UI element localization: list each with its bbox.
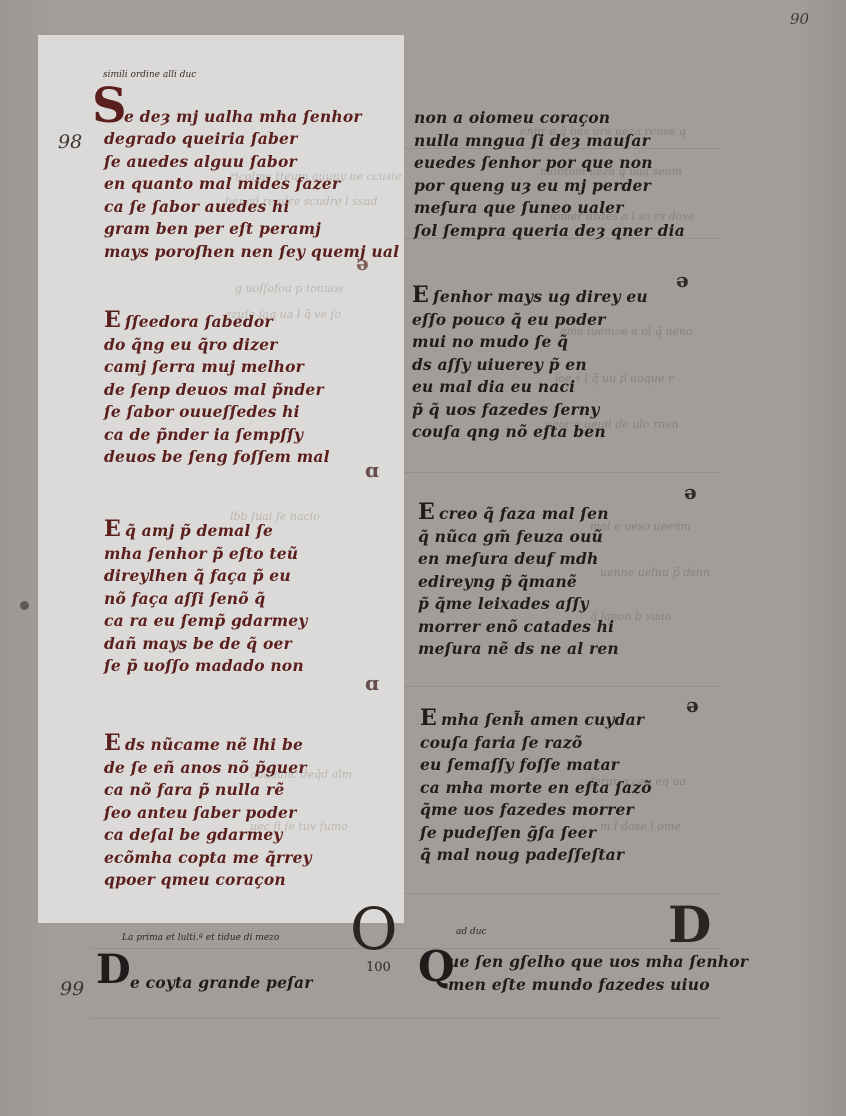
show-through-text: g uoſſofou p tonuos bbox=[235, 282, 343, 295]
rubric-bottom-left: La prima et lulti.ª et tidue di mezo bbox=[122, 933, 279, 943]
left-stanza-1: e deȝ mj ualha mha ſenhor bbox=[124, 106, 362, 129]
verse-line: mays poroſhen nen ſey quemj ual bbox=[104, 241, 399, 264]
verse-line: ſe p̃ uoſſo madado non bbox=[104, 655, 308, 678]
guide-letter-e: ɑ bbox=[365, 671, 379, 695]
verse-line: ſeo anteu ſaber poder bbox=[104, 802, 312, 825]
verse-line: ecõmha copta me q̃rrey bbox=[104, 847, 312, 870]
verse-line: Emha ſenh̃ amen cuydar bbox=[420, 709, 652, 732]
verse-line: de ſenp deuos mal p̃nder bbox=[104, 379, 330, 402]
verse-text: ſenhor mays ug direy eu bbox=[433, 287, 648, 306]
margin-number-98: 98 bbox=[58, 131, 82, 153]
left-stanza-3: Eq̃ amj p̃ demal ſe mha ſenhor p̃ eſto t… bbox=[104, 520, 308, 678]
verse-line: en quanto mal mides fazer bbox=[104, 173, 399, 196]
verse-line: direylhen q̃ faça p̃ eu bbox=[104, 565, 308, 588]
guide-initial-outline-d: D bbox=[668, 900, 711, 950]
verse-line: Eſſeedora ſabedor bbox=[104, 311, 330, 334]
verse-line: meſura que ſuneo ualer bbox=[414, 197, 685, 220]
verse-text: mha ſenh̃ amen cuydar bbox=[441, 710, 644, 729]
margin-number-99: 99 bbox=[60, 978, 84, 1000]
verse-line: ca ra eu ſemp̃ gdarmey bbox=[104, 610, 308, 633]
stanza-initial: E bbox=[104, 520, 121, 538]
verse-line: eu ſemaſſy foſſe matar bbox=[420, 754, 652, 777]
verse-line: Eq̃ amj p̃ demal ſe bbox=[104, 520, 308, 543]
verse-line: p̃ q̃me leixades aſſy bbox=[418, 593, 619, 616]
verse-line: por queng uȝ eu mj perder bbox=[414, 175, 685, 198]
verse-line: couſa faria ſe razõ bbox=[420, 732, 652, 755]
verse-line: mui no mudo ſe q̃ bbox=[412, 331, 648, 354]
poem-99-first-line: e coyta grande peſar bbox=[130, 972, 313, 995]
verse-line: ca nõ fara p̃ nulla rẽ bbox=[104, 779, 312, 802]
poem-100-lines: ue ſen gſelho que uos mha ſenhor men eſt… bbox=[448, 951, 748, 996]
verse-text: ſſeedora ſabedor bbox=[125, 312, 273, 331]
verse-line: ca mha morte en eſta ſazõ bbox=[420, 777, 652, 800]
verse-line: eu mal dia eu naci bbox=[412, 376, 648, 399]
verse-line: euedes ſenhor por que non bbox=[414, 152, 685, 175]
verse-line: nulla mngua ſi deȝ mauſar bbox=[414, 130, 685, 153]
verse-line: ſol ſempra queria deȝ qner dia bbox=[414, 220, 685, 243]
verse-line: ca ſe ſabor auedes hi bbox=[104, 196, 399, 219]
verse-line: dañ mays be de q̃ oer bbox=[104, 633, 308, 656]
verse-line: degrado queiria ſaber bbox=[104, 128, 399, 151]
verse-line: p̃ q̃ uos fazedes ſerny bbox=[412, 399, 648, 422]
left-stanza-2: Eſſeedora ſabedor do q̃ng eu q̃ro dizer … bbox=[104, 311, 330, 469]
verse-line: de ſe eñ anos nõ p̃guer bbox=[104, 757, 312, 780]
verse-text: creo q̃ faza mal ſen bbox=[439, 504, 609, 523]
parchment-hole bbox=[20, 601, 29, 610]
verse-line: men eſte mundo fazedes uiuo bbox=[448, 974, 748, 997]
verse-line: ca de p̃nder ia ſempſſy bbox=[104, 424, 330, 447]
verse-line: non a oiomeu coraçon bbox=[414, 107, 685, 130]
verse-line: ſe ſabor ouueſſedes hi bbox=[104, 401, 330, 424]
left-stanza-4: Eds nũcame nẽ lhi be de ſe eñ anos nõ p̃… bbox=[104, 734, 312, 892]
stanza-initial: E bbox=[418, 503, 435, 521]
verse-line: do q̃ng eu q̃ro dizer bbox=[104, 334, 330, 357]
right-stanza-2: Eſenhor mays ug direy eu eſſo pouco q̃ e… bbox=[412, 286, 648, 444]
verse-line: q̃ nũca gm̃ feuza ouũ bbox=[418, 526, 619, 549]
guide-letter-e: ə bbox=[684, 480, 697, 504]
guide-letter-e: ə bbox=[356, 251, 369, 275]
verse-line: ſe pudeſſen g̃ſa ſeer bbox=[420, 822, 652, 845]
folio-number: 90 bbox=[790, 10, 809, 28]
verse-line: q̃me uos fazedes morrer bbox=[420, 799, 652, 822]
verse-line: ue ſen gſelho que uos mha ſenhor bbox=[448, 951, 748, 974]
page-number-100: 100 bbox=[366, 960, 391, 975]
verse-line: morrer enõ catades hi bbox=[418, 616, 619, 639]
verse-line: couſa qng nõ eſta ben bbox=[412, 421, 648, 444]
verse-line: Eſenhor mays ug direy eu bbox=[412, 286, 648, 309]
verse-line: ſe auedes alguu ſabor bbox=[104, 151, 399, 174]
verse-line: eſſo pouco q̃ eu poder bbox=[412, 309, 648, 332]
ruling-line bbox=[90, 1018, 720, 1019]
verse-text: q̃ amj p̃ demal ſe bbox=[125, 521, 273, 540]
left-stanza-1-cont: degrado queiria ſaber ſe auedes alguu ſa… bbox=[104, 128, 399, 263]
verse-line: ca deſal be gdarmey bbox=[104, 824, 312, 847]
verse-line: camj ſerra muj melhor bbox=[104, 356, 330, 379]
manuscript-page: ennr e q̃ bes ure ueza reuse q montom ue… bbox=[0, 0, 846, 1116]
ruling-line bbox=[90, 948, 720, 949]
stanza-initial: E bbox=[104, 734, 121, 752]
verse-line: en meſura deuf mdh bbox=[418, 548, 619, 571]
guide-letter-e: ə bbox=[676, 268, 689, 292]
decorated-initial-s: S bbox=[92, 82, 127, 130]
verse-line: q̃ mal noug padeſſeſtar bbox=[420, 844, 652, 867]
verse-line: deuos be ſeng foſſem mal bbox=[104, 446, 330, 469]
verse-line: Ecreo q̃ faza mal ſen bbox=[418, 503, 619, 526]
right-stanza-4: Emha ſenh̃ amen cuydar couſa faria ſe ra… bbox=[420, 709, 652, 867]
verse-line: qpoer qmeu coraçon bbox=[104, 869, 312, 892]
stanza-initial: E bbox=[420, 709, 437, 727]
verse-line: edireyng p̃ q̃manẽ bbox=[418, 571, 619, 594]
verse-line: mha ſenhor p̃ eſto teũ bbox=[104, 543, 308, 566]
verse-text: ds nũcame nẽ lhi be bbox=[125, 735, 303, 754]
verse-line: e coyta grande peſar bbox=[130, 972, 313, 995]
guide-initial-outline-q: O bbox=[350, 900, 398, 958]
stanza-initial: E bbox=[104, 311, 121, 329]
verse-line: Eds nũcame nẽ lhi be bbox=[104, 734, 312, 757]
verse-line: meſura nẽ ds ne al ren bbox=[418, 638, 619, 661]
rubric-bottom-right: ad duc bbox=[456, 927, 487, 937]
stanza-initial: E bbox=[412, 286, 429, 304]
right-stanza-3: Ecreo q̃ faza mal ſen q̃ nũca gm̃ feuza … bbox=[418, 503, 619, 661]
verse-line: e deȝ mj ualha mha ſenhor bbox=[124, 106, 362, 129]
verse-line: nõ faça aſſi ſenõ q̃ bbox=[104, 588, 308, 611]
right-stanza-1: non a oiomeu coraçon nulla mngua ſi deȝ … bbox=[414, 107, 685, 242]
guide-letter-e: ə bbox=[686, 693, 699, 717]
verse-line: gram ben per eſt peramj bbox=[104, 218, 399, 241]
guide-letter-e: ɑ bbox=[365, 458, 379, 482]
decorated-initial-d: D bbox=[96, 950, 131, 990]
verse-line: ds aſſy uiuerey p̃ en bbox=[412, 354, 648, 377]
